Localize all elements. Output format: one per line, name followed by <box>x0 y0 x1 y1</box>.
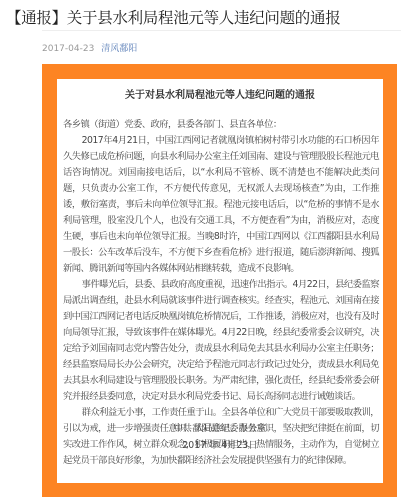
source-account-link[interactable]: 清风鄱阳 <box>101 44 137 54</box>
article-meta: 2017-04-23 清风鄱阳 <box>42 41 137 54</box>
signature-organization: 中共鄱阳县纪委办公室 <box>57 420 383 437</box>
document-paper: 关于对县水利局程池元等人违纪问题的通报 各乡镇（街道）党委、政府，县委各部门、县… <box>57 79 383 483</box>
document-image-frame: 关于对县水利局程池元等人违纪问题的通报 各乡镇（街道）党委、政府，县委各部门、县… <box>42 64 397 497</box>
signature-date: 2017 年 4月23日 <box>57 437 383 454</box>
salutation: 各乡镇（街道）党委、政府，县委各部门、县直各单位： <box>63 117 379 133</box>
document-body: 各乡镇（街道）党委、政府，县委各部门、县直各单位： 2017年4月21日，中国江… <box>63 117 379 469</box>
signature-block: 中共鄱阳县纪委办公室 2017 年 4月23日 <box>57 420 383 454</box>
header-divider <box>42 30 401 31</box>
paragraph-1: 2017年4月21日，中国江西网记者就凰岗镇柏树村带引水功能的石口桥因年久失修已… <box>63 133 379 277</box>
publish-date: 2017-04-23 <box>42 44 94 54</box>
document-title: 关于对县水利局程池元等人违纪问题的通报 <box>57 86 383 101</box>
paragraph-2: 事件曝光后，县委、县政府高度重视，迅速作出指示。4月22日，县纪委监察局派出调查… <box>63 277 379 405</box>
article-title: 【通报】关于县水利局程池元等人违纪问题的通报 <box>6 6 340 28</box>
